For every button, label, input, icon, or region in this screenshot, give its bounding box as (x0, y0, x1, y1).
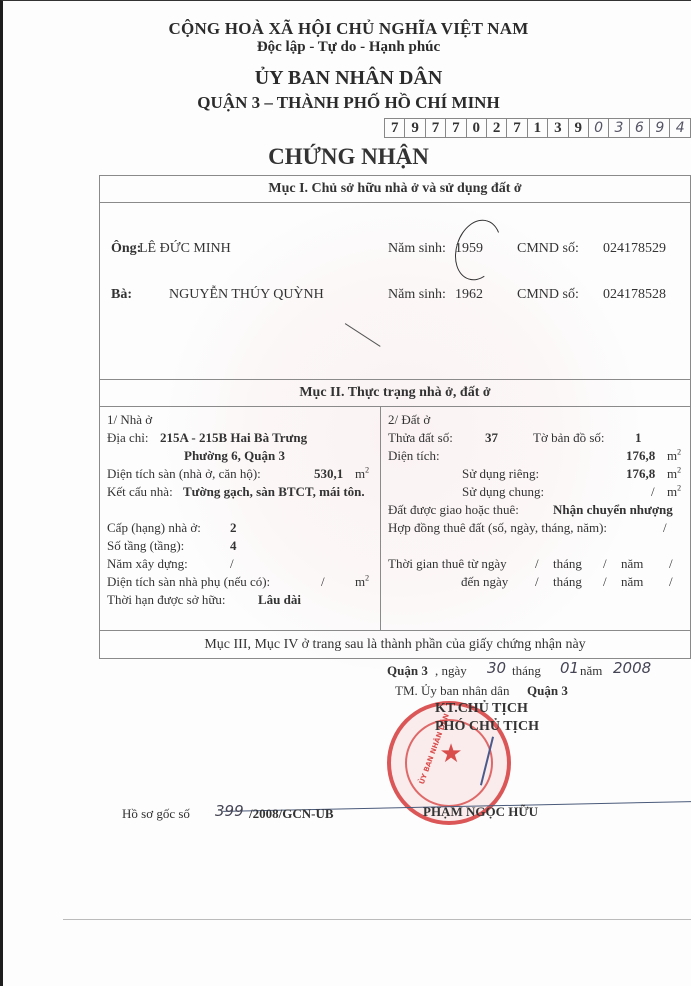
allocation-label: Đất được giao hoặc thuê: (388, 502, 519, 518)
lease-from-label: Thời gian thuê từ ngày (388, 556, 507, 572)
house-label: 1/ Nhà ở (107, 412, 152, 428)
serial-digit: 7 (507, 119, 527, 137)
serial-digit-handwritten: 0 (589, 119, 609, 137)
record-label: Hồ sơ gốc số (122, 806, 190, 822)
address-label: Địa chỉ: (107, 430, 149, 446)
address-line2: Phường 6, Quận 3 (184, 448, 285, 464)
id-number: 024178529 (603, 241, 666, 257)
lease-to-label: đến ngày (461, 574, 508, 590)
aux-area-value: / (321, 574, 325, 590)
lease-to-year-label: năm (621, 574, 643, 590)
id-label: CMND số: (517, 287, 579, 303)
id-number: 024178528 (603, 287, 666, 303)
grade-label: Cấp (hạng) nhà ở: (107, 520, 201, 536)
land-area-unit: m2 (667, 448, 681, 464)
map-sheet-label: Tờ bản đồ số: (533, 430, 605, 446)
floor-area-label: Diện tích sàn (nhà ở, căn hộ): (107, 466, 261, 482)
land-area-label: Diện tích: (388, 448, 440, 464)
private-use-unit: m2 (667, 466, 681, 482)
lease-to-year: / (669, 574, 673, 590)
lease-contract-value: / (663, 520, 667, 536)
id-label: CMND số: (517, 241, 579, 257)
issuing-committee: ỦY BAN NHÂN DÂN (3, 67, 691, 90)
lease-from-year-label: năm (621, 556, 643, 572)
ownership-term-value: Lâu dài (258, 592, 301, 608)
ownership-term-label: Thời hạn được sở hữu: (107, 592, 225, 608)
scan-edge-line (63, 919, 691, 920)
national-title: CỘNG HOÀ XÃ HỘI CHỦ NGHĨA VIỆT NAM (3, 19, 691, 39)
document-title: CHỨNG NHẬN (3, 144, 691, 170)
year-label: năm (580, 663, 602, 679)
structure-label: Kết cấu nhà: (107, 484, 173, 500)
floor-area-unit: m2 (355, 466, 369, 482)
floors-value: 4 (230, 538, 237, 554)
parcel-label: Thửa đất số: (388, 430, 453, 446)
birth-year: 1962 (455, 287, 483, 303)
serial-digit: 3 (548, 119, 568, 137)
record-suffix: /2008/GCN-UB (249, 806, 334, 822)
signer-name: PHẠM NGỌC HỮU (423, 804, 538, 820)
owner-title: Ông: (111, 241, 141, 257)
floors-label: Số tầng (tầng): (107, 538, 184, 554)
signing-year: 2008 (613, 659, 651, 677)
serial-digit: 7 (446, 119, 466, 137)
birth-year-label: Năm sinh: (388, 287, 446, 303)
allocation-value: Nhận chuyển nhượng (553, 502, 673, 518)
shared-use-label: Sử dụng chung: (462, 484, 544, 500)
section1-heading: Mục I. Chủ sở hữu nhà ở và sử dụng đất ở (100, 176, 690, 203)
serial-digit-handwritten: 3 (609, 119, 629, 137)
serial-number-boxes: 7 9 7 7 0 2 7 1 3 9 0 3 6 9 4 (384, 118, 691, 138)
structure-value: Tường gạch, sàn BTCT, mái tôn. (183, 484, 365, 500)
lease-to-month: / (603, 574, 607, 590)
lease-from-day: / (535, 556, 539, 572)
lease-from-year: / (669, 556, 673, 572)
built-year-value: / (230, 556, 234, 572)
parcel-value: 37 (485, 430, 498, 446)
address-line1: 215A - 215B Hai Bà Trưng (160, 430, 307, 446)
owner-name: NGUYỄN THÚY QUỲNH (169, 287, 324, 303)
aux-area-unit: m2 (355, 574, 369, 590)
issuing-district: QUẬN 3 – THÀNH PHỐ HỒ CHÍ MINH (3, 93, 691, 113)
month-label: tháng (512, 663, 541, 679)
birth-year-label: Năm sinh: (388, 241, 446, 257)
private-use-value: 176,8 (626, 466, 655, 482)
signer-role-1: KT.CHỦ TỊCH (435, 701, 528, 717)
serial-digit: 2 (487, 119, 507, 137)
lease-to-month-label: tháng (553, 574, 582, 590)
serial-digit-handwritten: 4 (670, 119, 690, 137)
on-behalf-district: Quận 3 (527, 683, 568, 699)
day-label: , ngày (435, 663, 467, 679)
lease-from-month: / (603, 556, 607, 572)
aux-area-label: Diện tích sàn nhà phụ (nếu có): (107, 574, 270, 590)
lease-contract-label: Hợp đồng thuê đất (số, ngày, tháng, năm)… (388, 520, 607, 536)
certificate-page: CỘNG HOÀ XÃ HỘI CHỦ NGHĨA VIỆT NAM Độc l… (3, 1, 691, 986)
serial-digit: 9 (569, 119, 589, 137)
built-year-label: Năm xây dựng: (107, 556, 188, 572)
signing-place: Quận 3 (387, 663, 428, 679)
private-use-label: Sử dụng riêng: (462, 466, 539, 482)
land-area-value: 176,8 (626, 448, 655, 464)
national-motto: Độc lập - Tự do - Hạnh phúc (3, 39, 691, 56)
shared-use-unit: m2 (667, 484, 681, 500)
record-number: 399 (215, 802, 244, 820)
on-behalf-label: TM. Ủy ban nhân dân (395, 683, 509, 699)
lease-from-month-label: tháng (553, 556, 582, 572)
grade-value: 2 (230, 520, 237, 536)
owner-title: Bà: (111, 287, 132, 303)
serial-digit: 9 (405, 119, 425, 137)
star-icon: ★ (407, 739, 495, 769)
owner-name: LÊ ĐỨC MINH (139, 241, 231, 257)
serial-digit: 1 (528, 119, 548, 137)
serial-digit: 7 (385, 119, 405, 137)
signing-month: 01 (560, 659, 579, 677)
map-sheet-value: 1 (635, 430, 642, 446)
column-divider (380, 406, 381, 631)
serial-digit-handwritten: 9 (650, 119, 670, 137)
section2-heading: Mục II. Thực trạng nhà ở, đất ở (100, 379, 690, 407)
serial-digit-handwritten: 6 (630, 119, 650, 137)
shared-use-value: / (651, 484, 655, 500)
section34-note: Mục III, Mục IV ở trang sau là thành phầ… (100, 630, 690, 659)
land-label: 2/ Đất ở (388, 412, 430, 428)
lease-to-day: / (535, 574, 539, 590)
signer-role-2: PHÓ CHỦ TỊCH (435, 719, 539, 735)
signing-day: 30 (487, 659, 506, 677)
serial-digit: 7 (426, 119, 446, 137)
serial-digit: 0 (467, 119, 487, 137)
floor-area-value: 530,1 (314, 466, 343, 482)
